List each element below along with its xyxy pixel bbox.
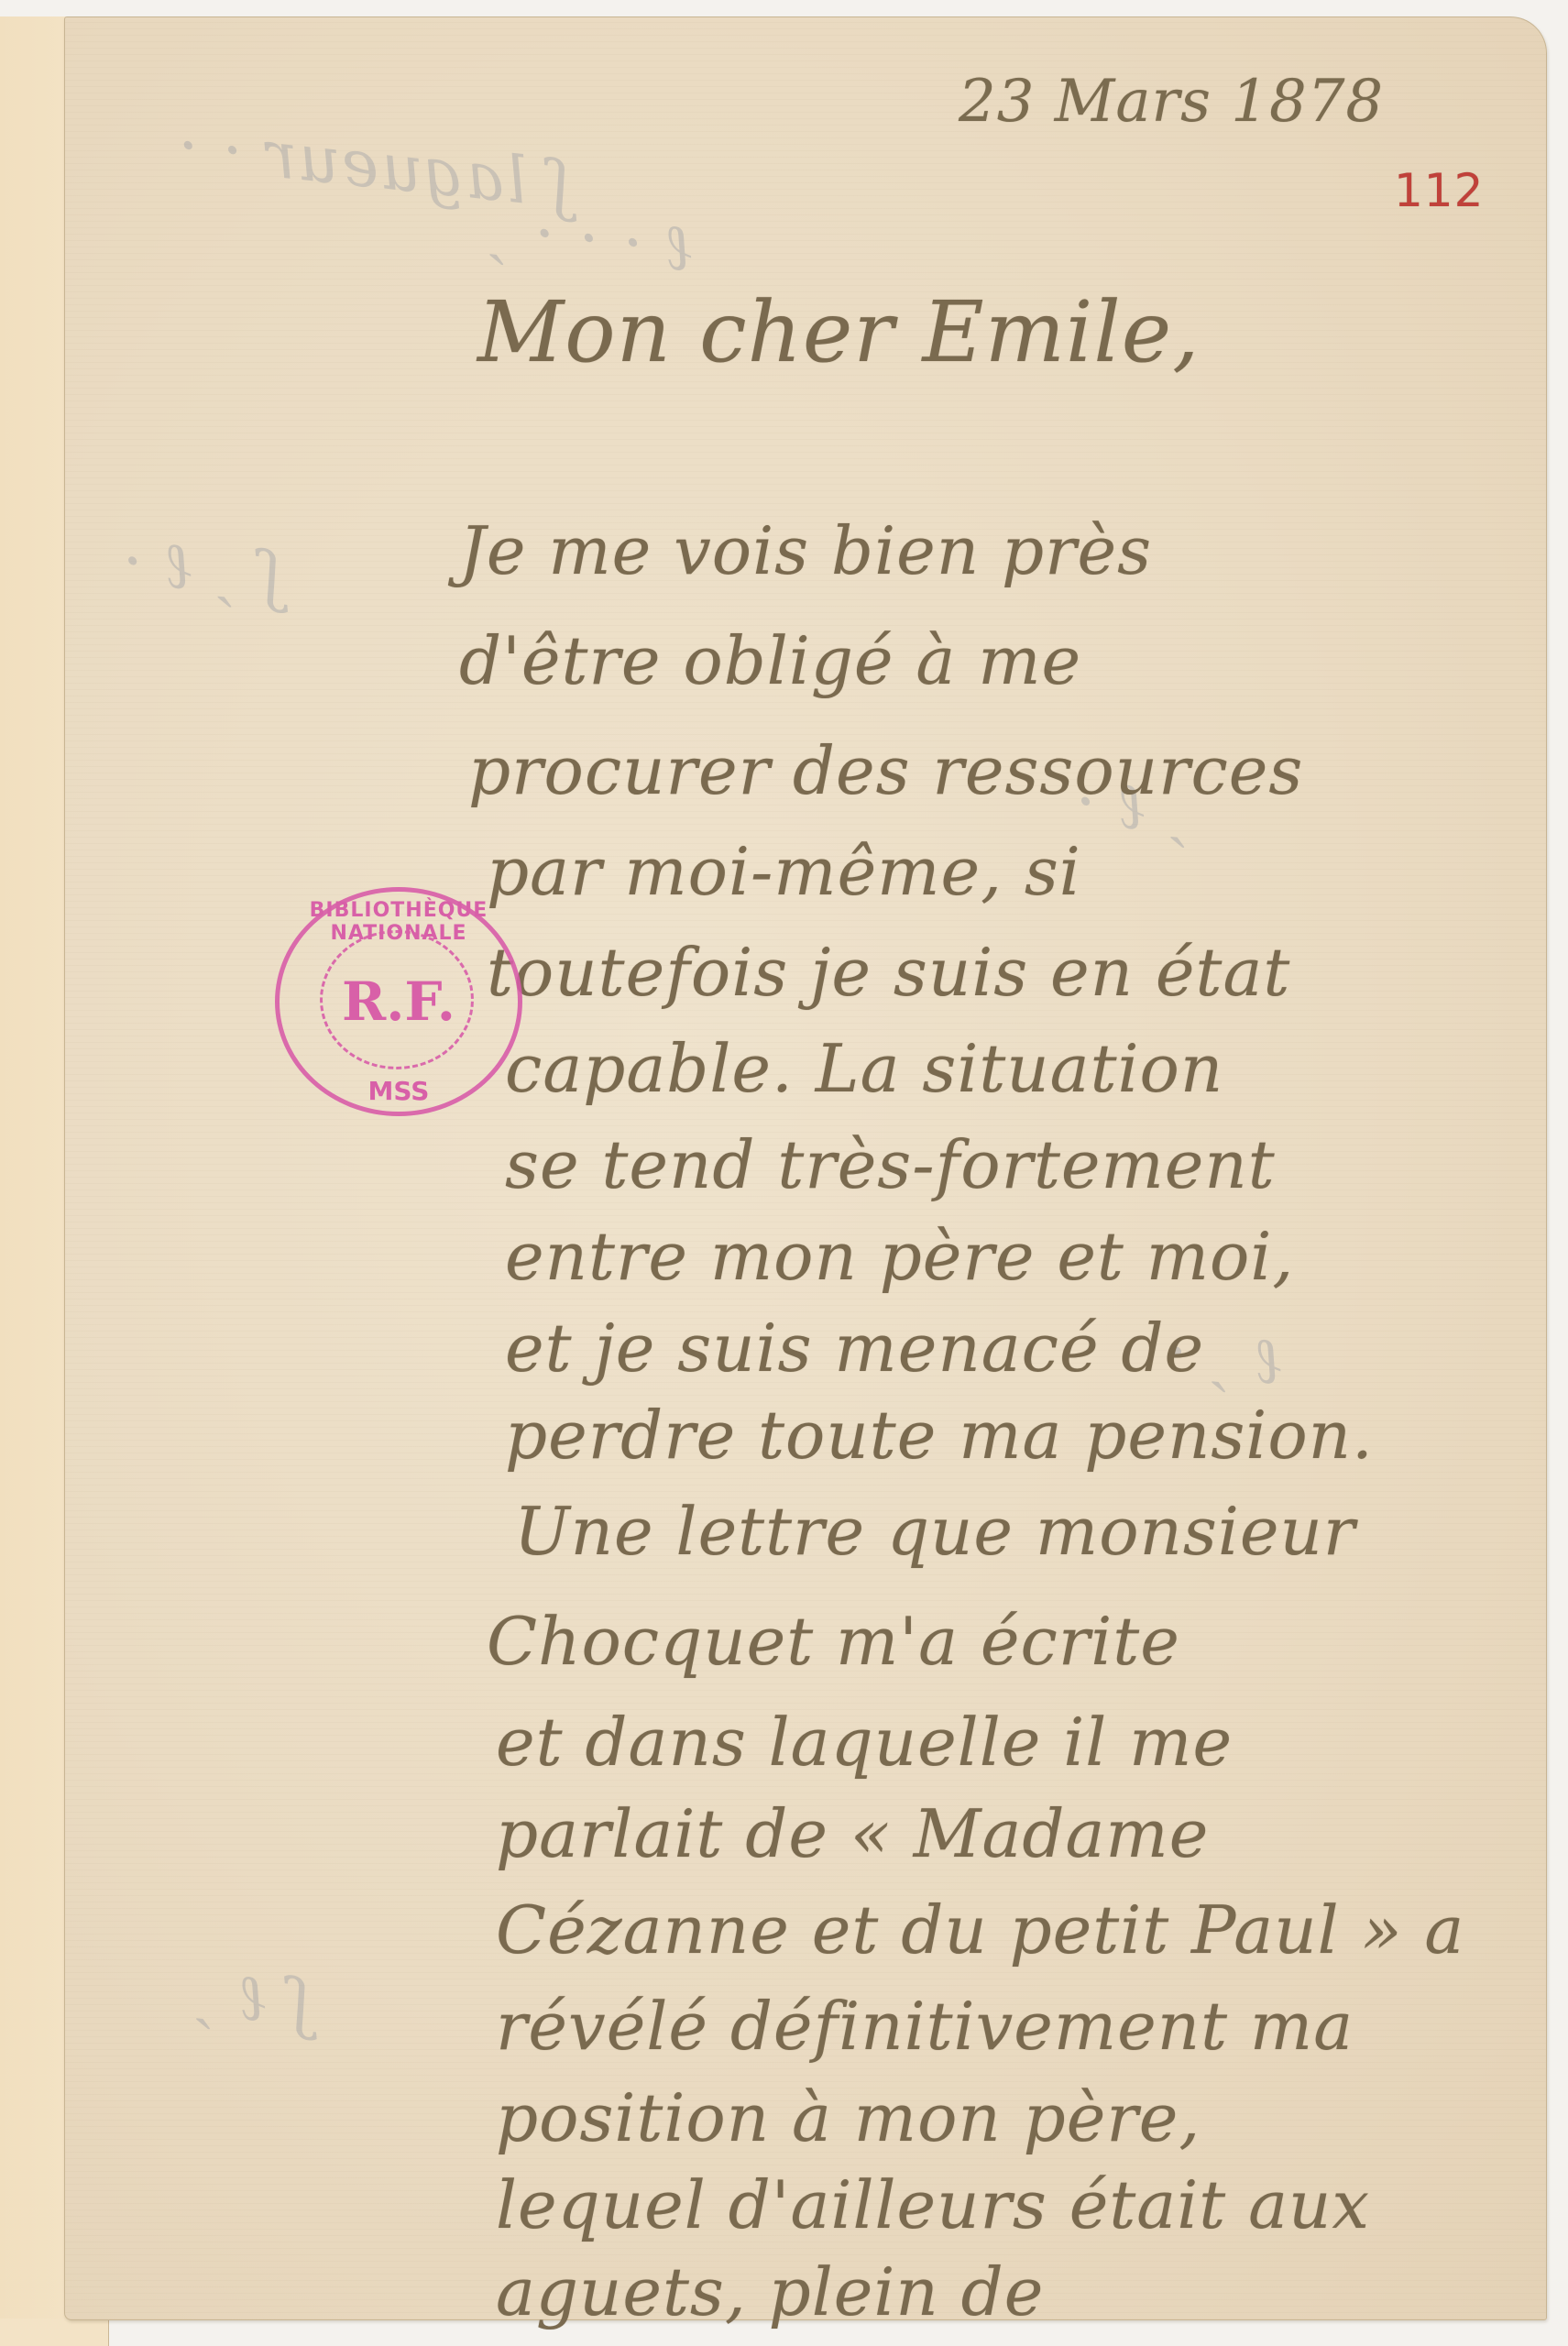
letter-line: par moi-même, si xyxy=(487,833,1081,910)
letter-line: Cézanne et du petit Paul » a xyxy=(496,1891,1464,1968)
letter-line: d'être obligé à me xyxy=(459,622,1081,699)
stamp-bottom-text: MSS xyxy=(280,1076,518,1106)
letter-line: entre mon père et moi, xyxy=(505,1218,1294,1295)
show-through-text: ʃ ℓ ˏ xyxy=(190,1955,313,2043)
show-through-text: ʃ lagueur · · xyxy=(172,107,572,224)
letter-line: position à mon père, xyxy=(496,2079,1201,2156)
letter-line: et je suis menacé de xyxy=(505,1310,1204,1387)
letter-line: parlait de « Madame xyxy=(496,1795,1209,1872)
show-through-text: ℓ · · · ˏ xyxy=(483,190,697,287)
folio-number: 112 xyxy=(1394,164,1484,217)
letter-line: Une lettre que monsieur xyxy=(514,1493,1355,1570)
stamp-inner-ring xyxy=(320,930,474,1069)
letter-line: procurer des ressources xyxy=(468,732,1303,809)
salutation: Mon cher Emile, xyxy=(477,283,1200,381)
letter-line: Chocquet m'a écrite xyxy=(487,1603,1180,1680)
letter-line: perdre toute ma pension. xyxy=(505,1397,1374,1474)
letter-line: toutefois je suis en état xyxy=(487,934,1290,1011)
letter-line: révélé définitivement ma xyxy=(496,1988,1354,2065)
letter-line: aguets, plein de xyxy=(496,2253,1044,2330)
letter-line: et dans laquelle il me xyxy=(496,1704,1233,1781)
letter-line: Je me vois bien près xyxy=(459,512,1152,589)
stamp-top-text: BIBLIOTHÈQUE NATIONALE xyxy=(280,899,518,945)
letter-date: 23 Mars 1878 xyxy=(959,68,1384,136)
adjacent-page-corner xyxy=(0,2319,108,2346)
letter-line: lequel d'ailleurs était aux xyxy=(496,2166,1370,2243)
letter-line: se tend très-fortement xyxy=(505,1126,1276,1203)
library-stamp: BIBLIOTHÈQUE NATIONALE R.F. MSS xyxy=(275,887,522,1116)
letter-line: capable. La situation xyxy=(505,1030,1223,1107)
letter-sheet: ʃ lagueur · · ℓ · · · ˏ ʃ ˏ ℓ · ˏ ℓ · ℓ … xyxy=(64,16,1547,2320)
show-through-text: ʃ ˏ ℓ · xyxy=(116,522,283,615)
